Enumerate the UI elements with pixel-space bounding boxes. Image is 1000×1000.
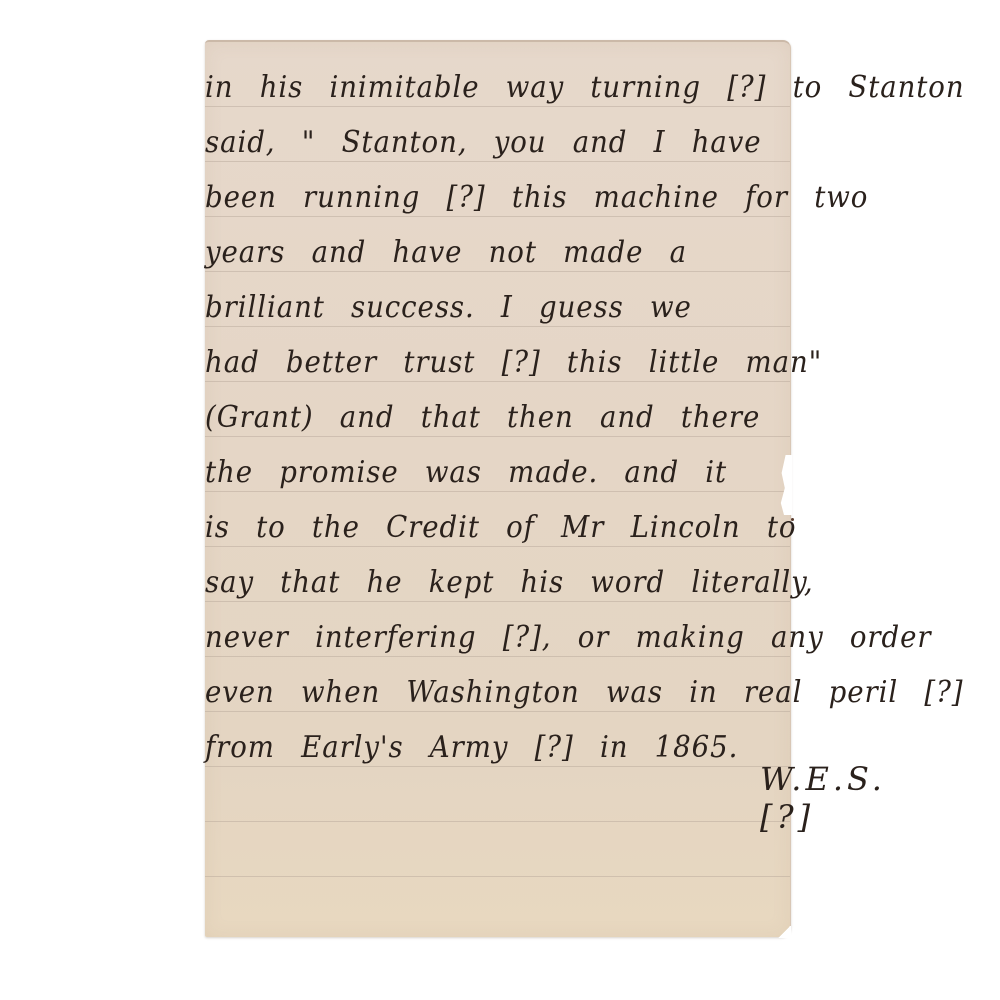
handwritten-line: (Grant) and that then and there: [205, 400, 760, 435]
handwritten-line: years and have not made a: [205, 235, 687, 270]
ruling-line: [205, 216, 790, 217]
handwritten-line: been running [?] this machine for two: [205, 180, 868, 215]
handwritten-line: say that he kept his word literally,: [205, 565, 814, 600]
page-background: in his inimitable way turning [?] to Sta…: [0, 0, 1000, 1000]
handwritten-line: the promise was made. and it: [205, 455, 727, 490]
ruling-line: [205, 161, 790, 162]
signature-initials: W.E.S. [?]: [760, 760, 886, 836]
handwritten-line: even when Washington was in real peril […: [205, 675, 963, 710]
ruling-line: [205, 766, 790, 767]
ruling-line: [205, 711, 790, 712]
ruling-line: [205, 271, 790, 272]
ruling-line: [205, 491, 790, 492]
ruling-line: [205, 821, 790, 822]
ruling-line: [205, 656, 790, 657]
ruling-line: [205, 546, 790, 547]
ruling-line: [205, 876, 790, 877]
handwritten-line: from Early's Army [?] in 1865.: [205, 730, 738, 765]
handwritten-line: never interfering [?], or making any ord…: [205, 620, 931, 655]
manuscript-page: in his inimitable way turning [?] to Sta…: [205, 40, 791, 937]
handwritten-line: said, " Stanton, you and I have: [205, 125, 762, 160]
handwritten-line: in his inimitable way turning [?] to Sta…: [205, 70, 965, 105]
handwritten-line: brilliant success. I guess we: [205, 290, 692, 325]
ruling-line: [205, 436, 790, 437]
ruling-line: [205, 381, 790, 382]
ink-speck: [791, 518, 794, 521]
ruling-line: [205, 601, 790, 602]
ruling-line: [205, 106, 790, 107]
ruling-line: [205, 326, 790, 327]
handwritten-line: had better trust [?] this little man": [205, 345, 822, 380]
handwritten-line: is to the Credit of Mr Lincoln to: [205, 510, 796, 545]
